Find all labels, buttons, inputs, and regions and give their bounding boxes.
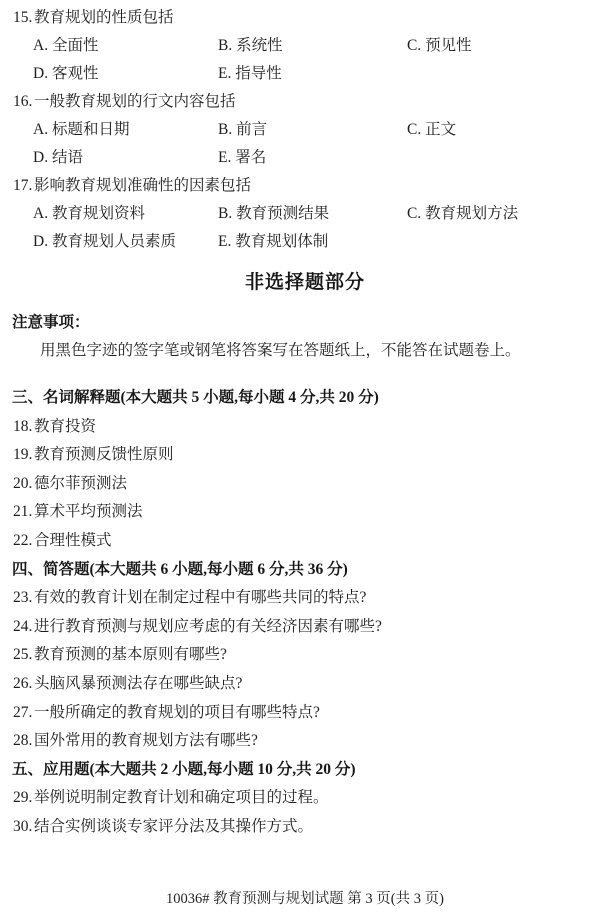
question-stem: 影响教育规划准确性的因素包括 xyxy=(34,177,251,194)
option-row: D. 客观性 E. 指导性 xyxy=(0,60,610,88)
question-number: 26. xyxy=(13,670,34,699)
question-number: 20. xyxy=(13,470,34,499)
option-e: E. 指导性 xyxy=(218,60,282,88)
question-item: 23.有效的教育计划在制定过程中有哪些共同的特点? xyxy=(0,584,610,613)
question-item: 20.德尔菲预测法 xyxy=(0,470,610,499)
question-stem: 一般教育规划的行文内容包括 xyxy=(34,93,236,110)
question-text: 教育投资 xyxy=(34,418,96,435)
subjective-questions-area: 三、名词解释题(本大题共 5 小题,每小题 4 分,共 20 分) 18.教育投… xyxy=(0,384,610,842)
question-item: 27.一般所确定的教育规划的项目有哪些特点? xyxy=(0,699,610,728)
question-text: 结合实例谈谈专家评分法及其操作方式。 xyxy=(34,818,313,835)
question-text: 头脑风暴预测法存在哪些缺点? xyxy=(34,675,242,692)
option-d: D. 教育规划人员素质 xyxy=(33,228,176,256)
option-e: E. 教育规划体制 xyxy=(218,228,328,256)
question-stem-row: 17.影响教育规划准确性的因素包括 xyxy=(0,172,610,200)
question-number: 23. xyxy=(13,584,34,613)
question-item: 30.结合实例谈谈专家评分法及其操作方式。 xyxy=(0,813,610,842)
multiple-choice-area: 15.教育规划的性质包括 A. 全面性 B. 系统性 C. 预见性 D. 客观性… xyxy=(0,0,610,256)
question-number: 18. xyxy=(13,413,34,442)
option-d: D. 客观性 xyxy=(33,60,98,88)
question-item: 25.教育预测的基本原则有哪些? xyxy=(0,641,610,670)
question-item: 18.教育投资 xyxy=(0,413,610,442)
question-item: 29.举例说明制定教育计划和确定项目的过程。 xyxy=(0,784,610,813)
question-text: 一般所确定的教育规划的项目有哪些特点? xyxy=(34,704,320,721)
exam-page: 15.教育规划的性质包括 A. 全面性 B. 系统性 C. 预见性 D. 客观性… xyxy=(0,0,610,922)
question-number: 28. xyxy=(13,727,34,756)
option-c: C. 正文 xyxy=(407,116,456,144)
question-text: 德尔菲预测法 xyxy=(34,475,127,492)
section-heading: 五、应用题(本大题共 2 小题,每小题 10 分,共 20 分) xyxy=(0,756,610,785)
option-row: A. 全面性 B. 系统性 C. 预见性 xyxy=(0,32,610,60)
option-row: A. 标题和日期 B. 前言 C. 正文 xyxy=(0,116,610,144)
question-stem: 教育规划的性质包括 xyxy=(34,9,174,26)
question-stem-row: 16.一般教育规划的行文内容包括 xyxy=(0,88,610,116)
question-stem-row: 15.教育规划的性质包括 xyxy=(0,4,610,32)
question-item: 24.进行教育预测与规划应考虑的有关经济因素有哪些? xyxy=(0,613,610,642)
option-row: D. 结语 E. 署名 xyxy=(0,144,610,172)
option-a: A. 标题和日期 xyxy=(33,116,129,144)
question-text: 教育预测反馈性原则 xyxy=(34,446,174,463)
question-number: 19. xyxy=(13,441,34,470)
question-text: 算术平均预测法 xyxy=(34,503,143,520)
option-c: C. 教育规划方法 xyxy=(407,200,518,228)
question-text: 进行教育预测与规划应考虑的有关经济因素有哪些? xyxy=(34,618,382,635)
question-item: 26.头脑风暴预测法存在哪些缺点? xyxy=(0,670,610,699)
question-number: 24. xyxy=(13,613,34,642)
option-c: C. 预见性 xyxy=(407,32,472,60)
option-b: B. 教育预测结果 xyxy=(218,200,329,228)
question-text: 国外常用的教育规划方法有哪些? xyxy=(34,732,258,749)
page-footer: 10036# 教育预测与规划试题 第 3 页(共 3 页) xyxy=(0,885,610,913)
question-number: 17. xyxy=(13,172,34,200)
option-b: B. 系统性 xyxy=(218,32,283,60)
section-heading: 四、简答题(本大题共 6 小题,每小题 6 分,共 36 分) xyxy=(0,556,610,585)
option-a: A. 全面性 xyxy=(33,32,98,60)
question-item: 21.算术平均预测法 xyxy=(0,498,610,527)
question-number: 21. xyxy=(13,498,34,527)
option-row: D. 教育规划人员素质 E. 教育规划体制 xyxy=(0,228,610,256)
question-text: 有效的教育计划在制定过程中有哪些共同的特点? xyxy=(34,589,366,606)
question-number: 29. xyxy=(13,784,34,813)
option-a: A. 教育规划资料 xyxy=(33,200,145,228)
section-heading: 三、名词解释题(本大题共 5 小题,每小题 4 分,共 20 分) xyxy=(0,384,610,413)
question-item: 22.合理性模式 xyxy=(0,527,610,556)
question-number: 25. xyxy=(13,641,34,670)
notice-text: 用黑色字迹的签字笔或钢笔将答案写在答题纸上，不能答在试题卷上。 xyxy=(0,337,610,365)
question-number: 15. xyxy=(13,4,34,32)
section-title: 非选择题部分 xyxy=(0,269,610,297)
question-number: 30. xyxy=(13,813,34,842)
question-text: 教育预测的基本原则有哪些? xyxy=(34,646,227,663)
question-item: 19.教育预测反馈性原则 xyxy=(0,441,610,470)
option-e: E. 署名 xyxy=(218,144,266,172)
question-number: 27. xyxy=(13,699,34,728)
question-number: 16. xyxy=(13,88,34,116)
question-text: 合理性模式 xyxy=(34,532,112,549)
option-b: B. 前言 xyxy=(218,116,267,144)
question-number: 22. xyxy=(13,527,34,556)
question-item: 28.国外常用的教育规划方法有哪些? xyxy=(0,727,610,756)
option-row: A. 教育规划资料 B. 教育预测结果 C. 教育规划方法 xyxy=(0,200,610,228)
notice-label: 注意事项： xyxy=(0,309,610,337)
question-text: 举例说明制定教育计划和确定项目的过程。 xyxy=(34,789,329,806)
option-d: D. 结语 xyxy=(33,144,83,172)
